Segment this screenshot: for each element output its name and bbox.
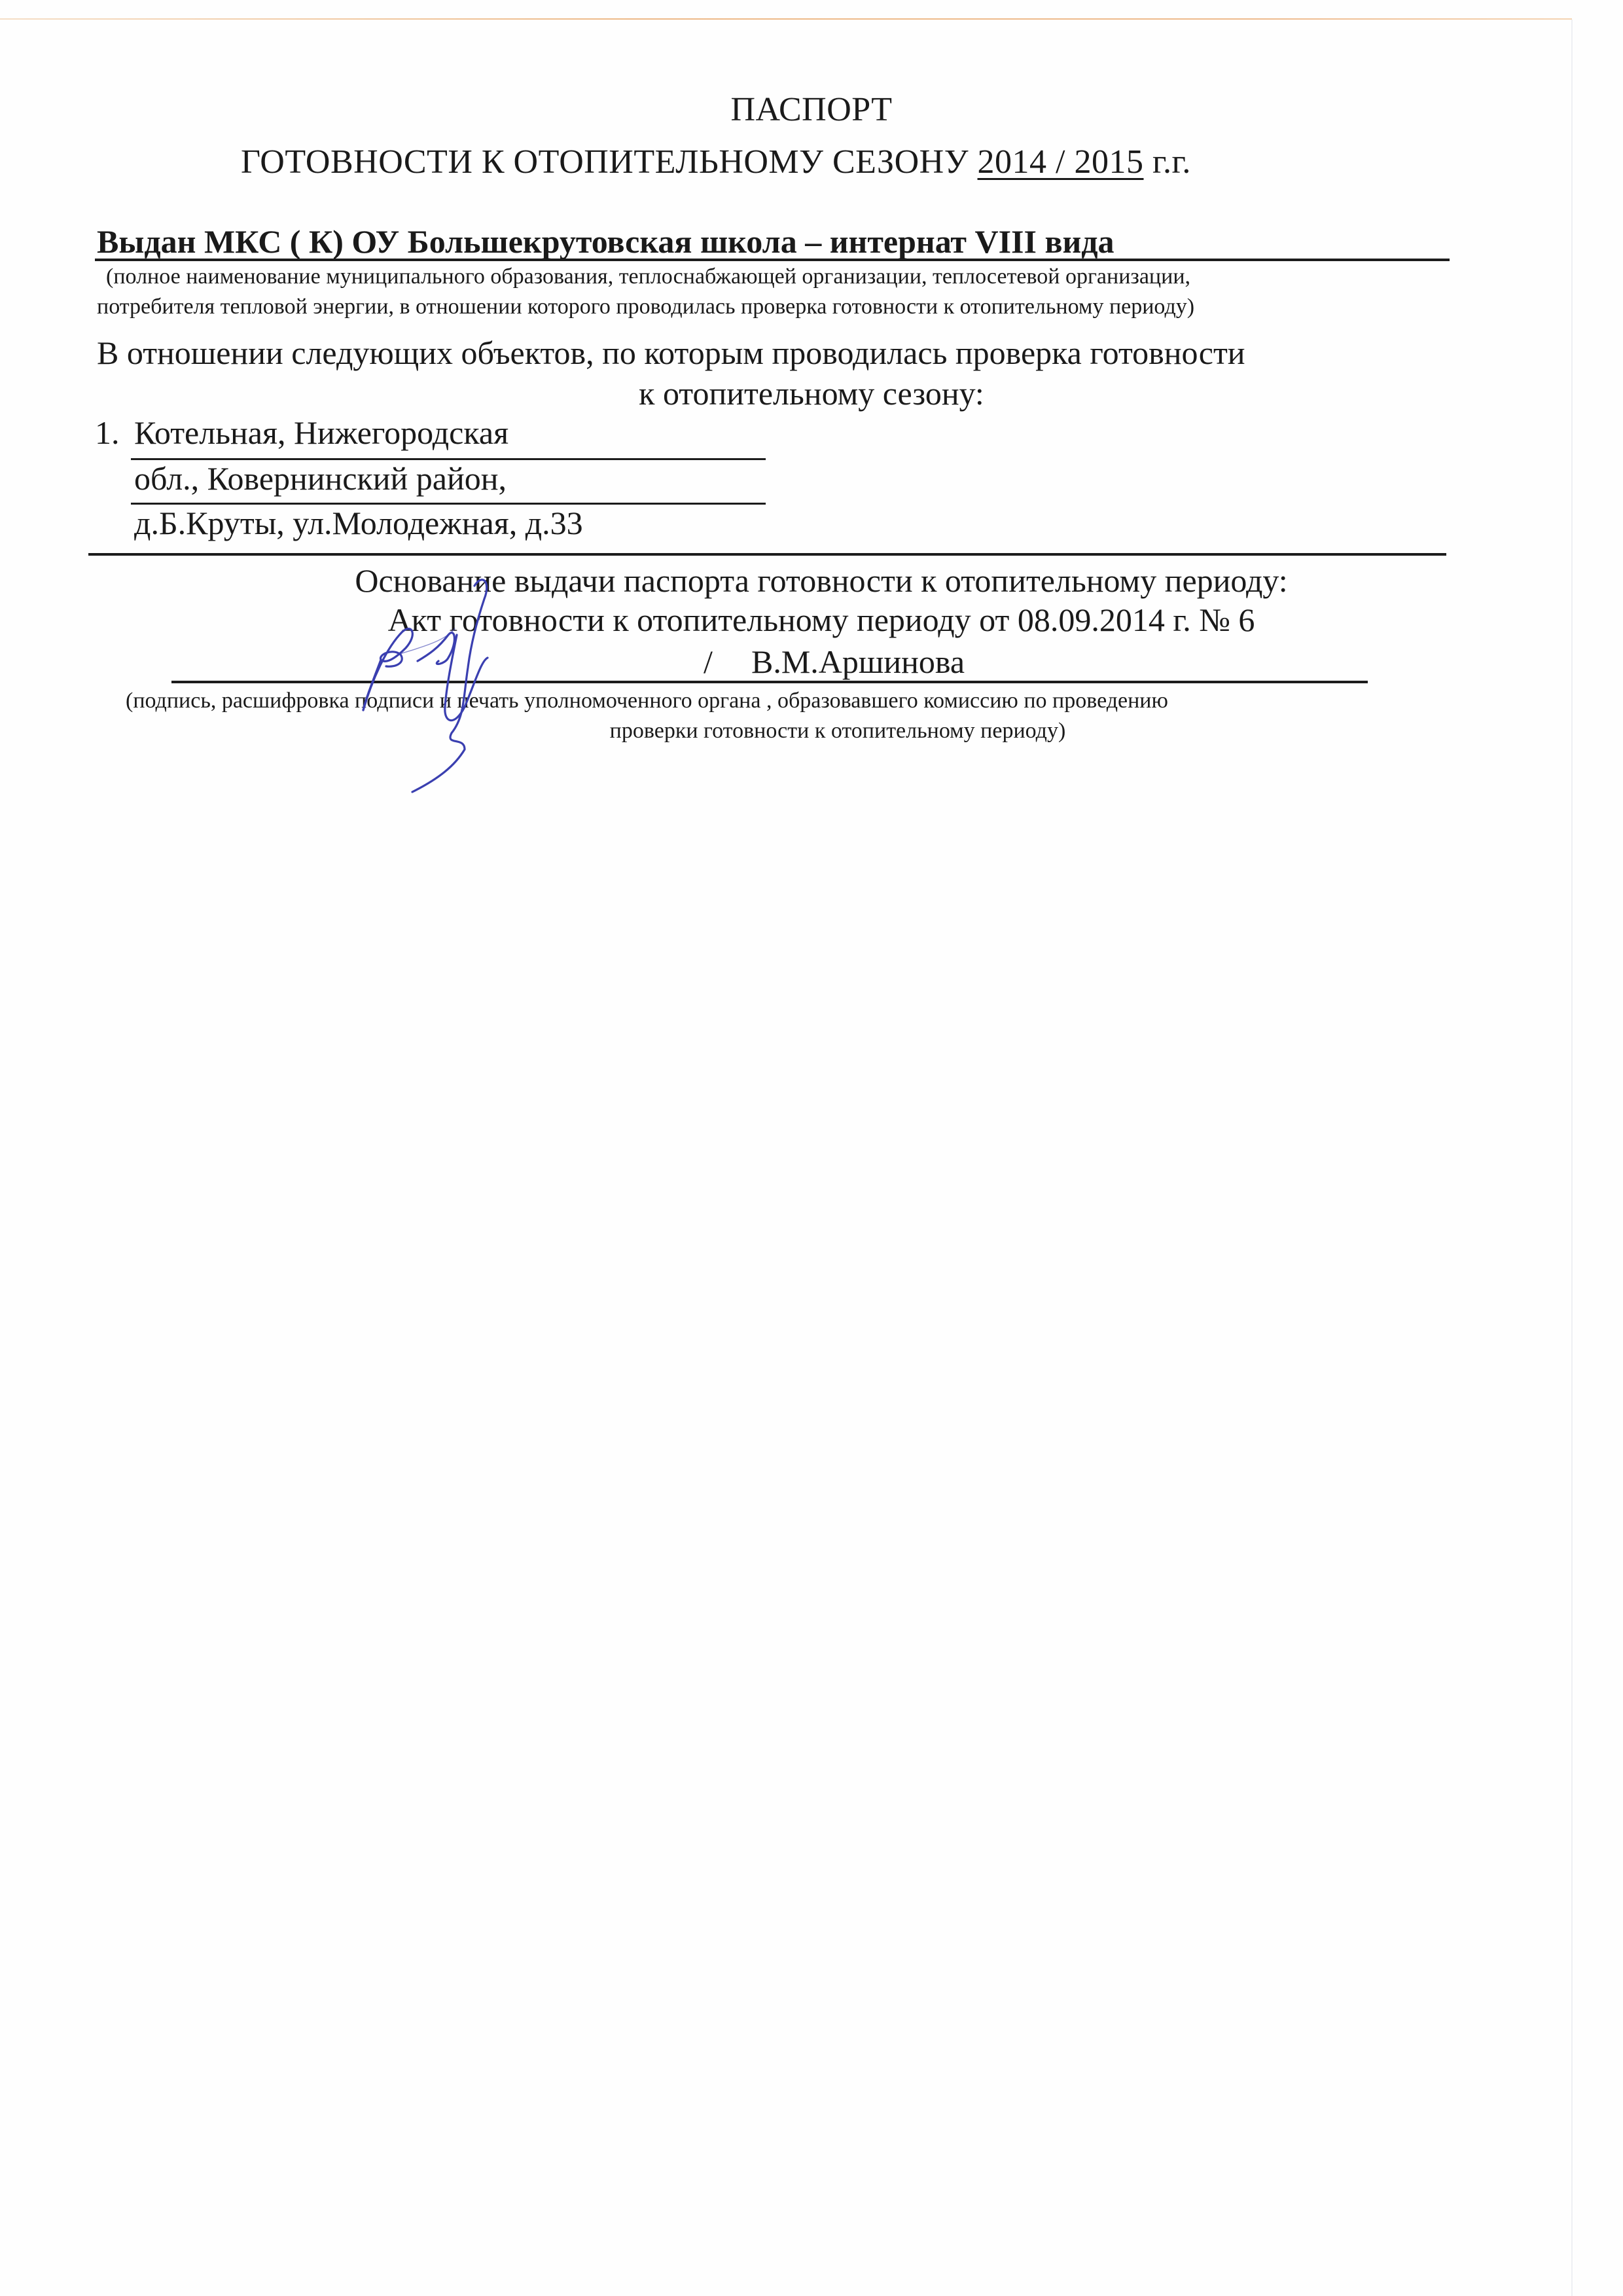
- object-address-line2: обл., Ковернинский район,: [134, 459, 507, 497]
- handwritten-signature-icon: [340, 550, 510, 798]
- season-years: 2014 / 2015: [978, 143, 1144, 181]
- basis-heading: Основание выдачи паспорта готовности к о…: [0, 562, 1623, 600]
- objects-intro-line2: к отопительному сезону:: [0, 374, 1623, 412]
- signatory-name: В.М.Аршинова: [751, 643, 965, 681]
- object-address-line3: д.Б.Круты, ул.Молодежная, д.33: [134, 504, 583, 542]
- issued-to-caption-line2: потребителя тепловой энергии, в отношени…: [97, 295, 1194, 319]
- subtitle-text: ГОТОВНОСТИ К ОТОПИТЕЛЬНОМУ СЕЗОНУ: [241, 143, 978, 181]
- document-subtitle: ГОТОВНОСТИ К ОТОПИТЕЛЬНОМУ СЕЗОНУ 2014 /…: [241, 143, 1191, 181]
- issued-to-caption-line1: (полное наименование муниципального обра…: [106, 264, 1190, 289]
- objects-intro-line1: В отношении следующих объектов, по котор…: [97, 334, 1245, 372]
- object-address-line1: Котельная, Нижегородская: [134, 414, 508, 452]
- document-title: ПАСПОРТ: [0, 90, 1623, 129]
- issued-to: Выдан МКС ( К) ОУ Большекрутовская школа…: [97, 223, 1115, 260]
- object-number: 1.: [95, 414, 120, 452]
- basis-act: Акт готовности к отопительному периоду о…: [0, 601, 1623, 639]
- signature-caption-line1: (подпись, расшифровка подписи и печать у…: [126, 689, 1168, 713]
- objects-separator-line: [88, 553, 1446, 556]
- signature-caption-line2: проверки готовности к отопительному пери…: [0, 719, 1623, 744]
- page-top-edge: [0, 18, 1572, 20]
- subtitle-suffix: г.г.: [1143, 143, 1190, 181]
- issued-to-underline: [95, 259, 1450, 261]
- signature-separator: /: [704, 643, 713, 681]
- page-right-edge: [1571, 20, 1573, 2296]
